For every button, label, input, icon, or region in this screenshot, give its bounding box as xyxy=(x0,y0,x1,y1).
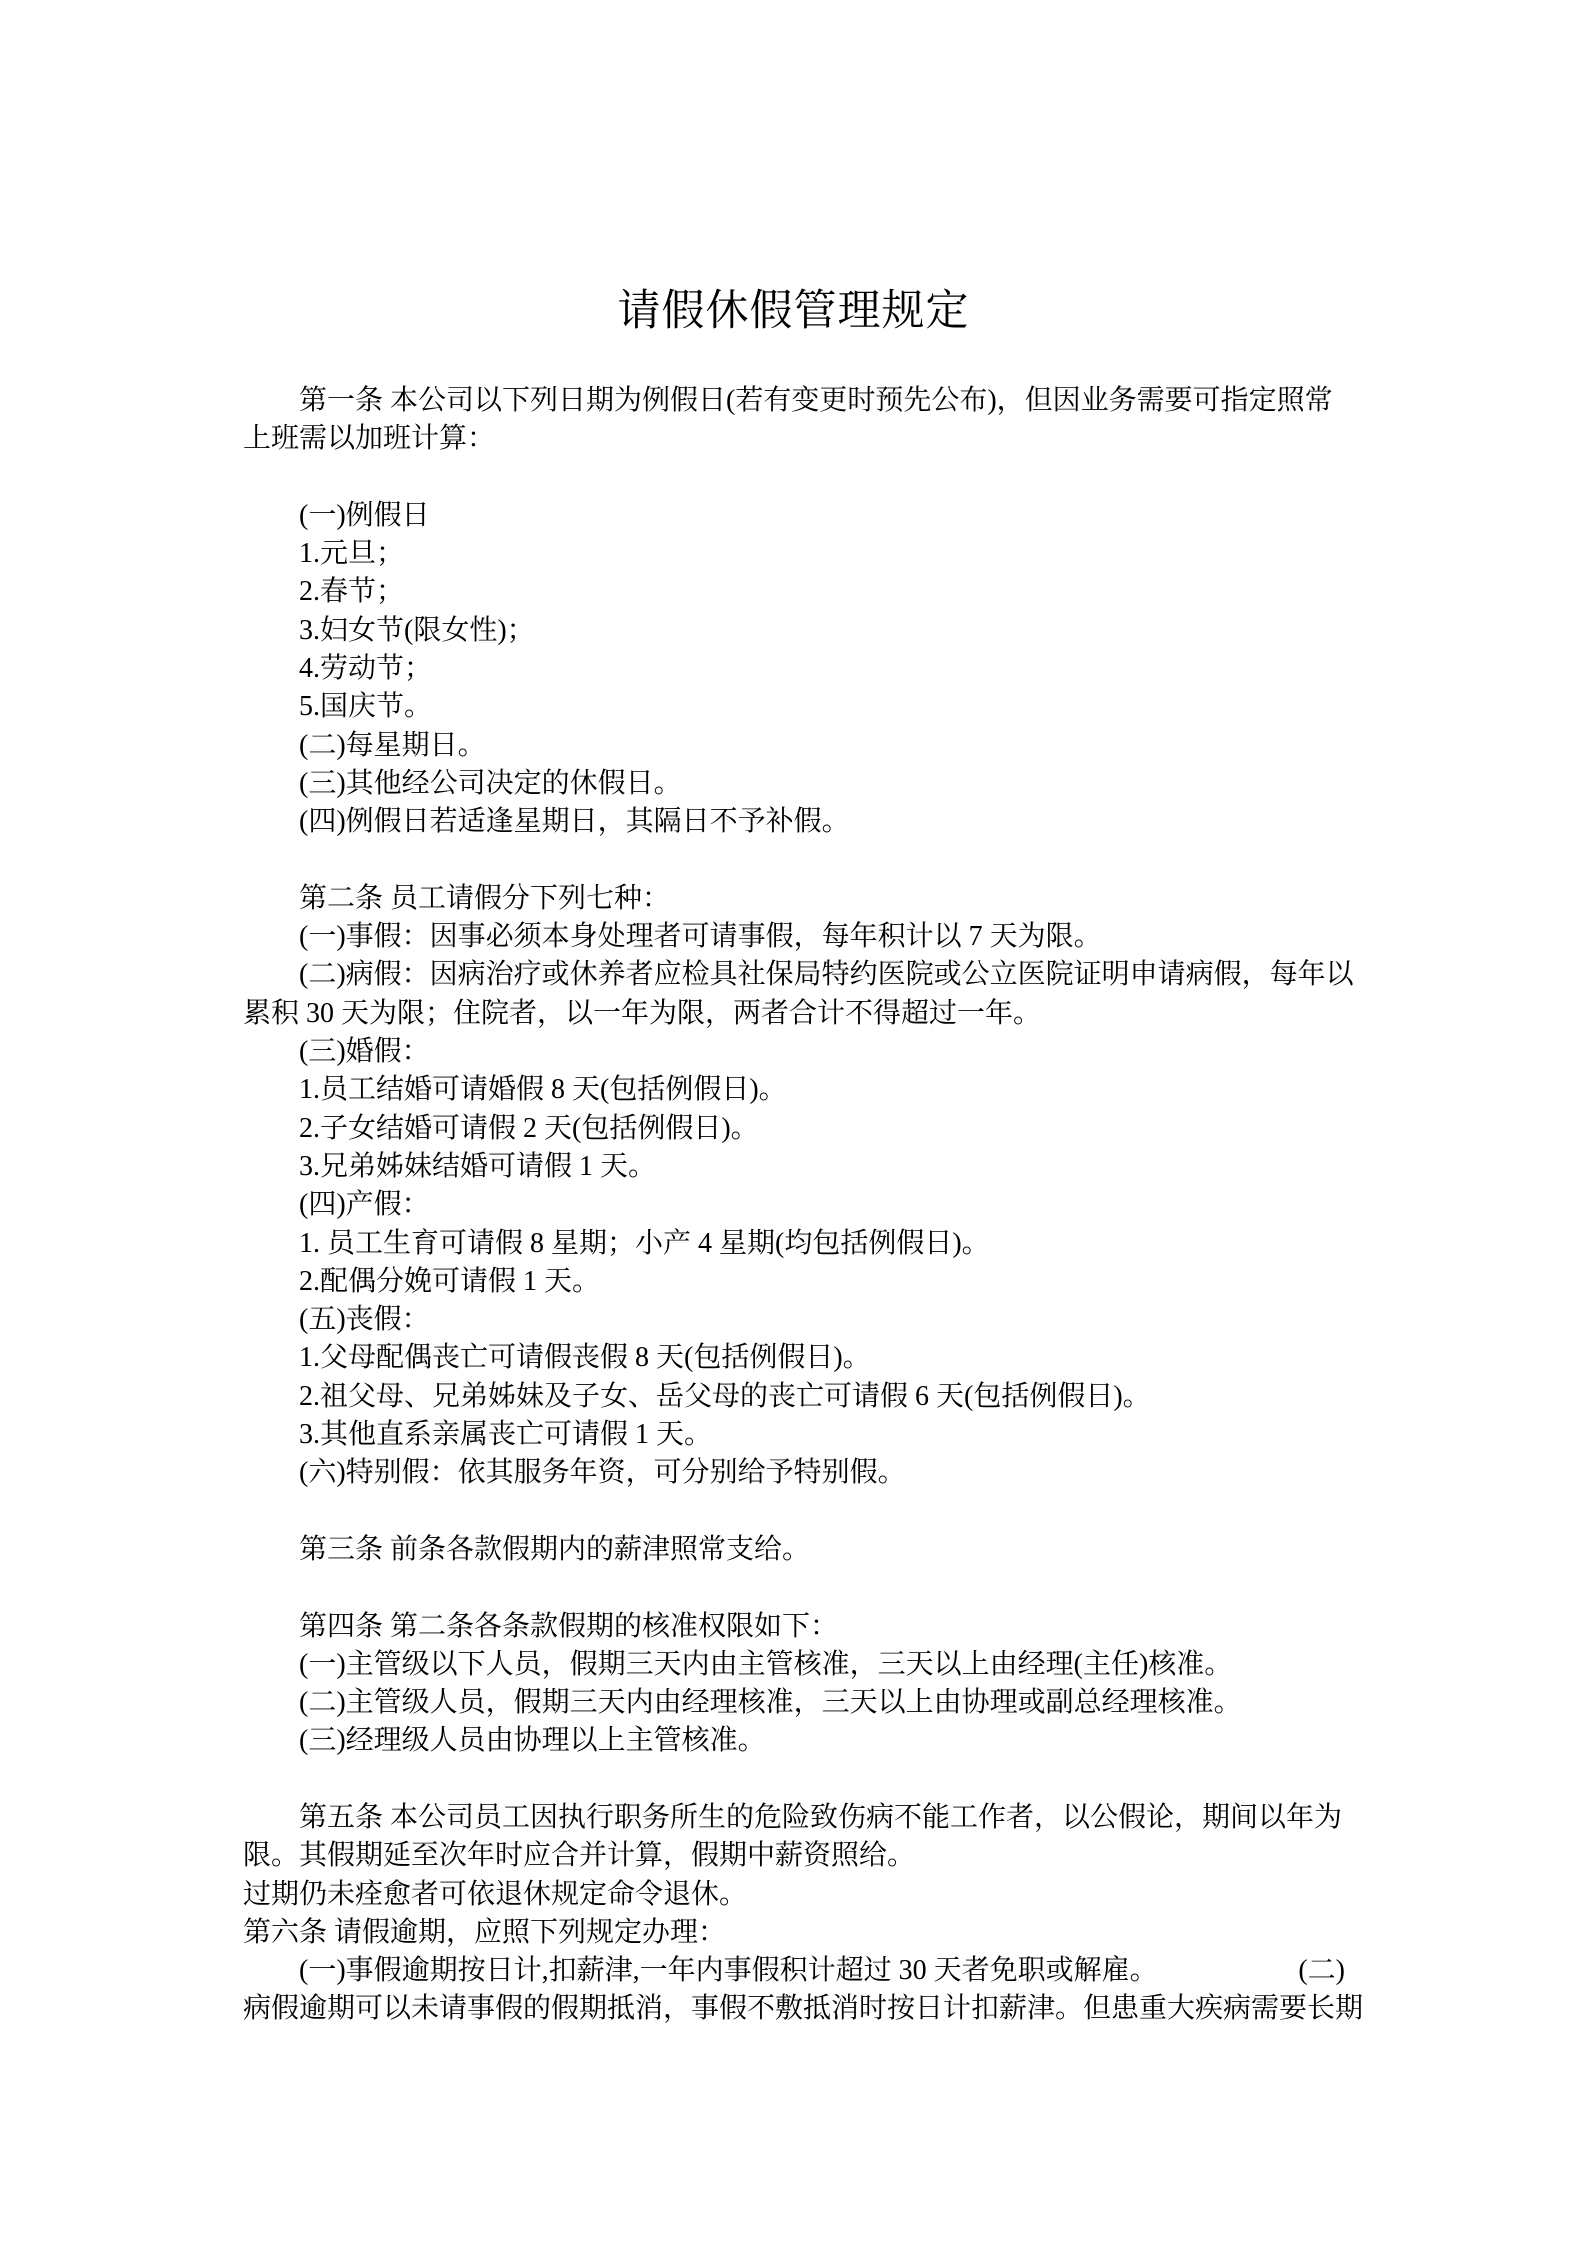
text-line: 第三条 前条各款假期内的薪津照常支给。 xyxy=(243,1531,1363,1569)
line-text: (二)病假：因病治疗或休养者应检具社保局特约医院或公立医院证明申请病假，每年以 xyxy=(299,959,1354,990)
line-text: 第一条 本公司以下列日期为例假日(若有变更时预先公布)，但因业务需要可指定照常 xyxy=(299,385,1333,416)
line-text: 3.妇女节(限女性)； xyxy=(299,615,535,646)
line-text: (一)主管级以下人员，假期三天内由主管核准，三天以上由经理(主任)核准。 xyxy=(299,1649,1232,1680)
text-line: 2.祖父母、兄弟姊妹及子女、岳父母的丧亡可请假 6 天(包括例假日)。 xyxy=(243,1378,1363,1416)
text-line: (六)特别假：依其服务年资，可分别给予特别假。 xyxy=(243,1454,1363,1492)
text-line: 1.父母配偶丧亡可请假丧假 8 天(包括例假日)。 xyxy=(243,1339,1363,1377)
text-line: (一)主管级以下人员，假期三天内由主管核准，三天以上由经理(主任)核准。 xyxy=(243,1646,1363,1684)
text-line: 3.兄弟姊妹结婚可请假 1 天。 xyxy=(243,1148,1363,1186)
text-line: 2.春节； xyxy=(243,573,1363,611)
line-text: 第二条 员工请假分下列七种： xyxy=(299,883,670,914)
blank-line xyxy=(243,1569,1363,1607)
line-text: 2.配偶分娩可请假 1 天。 xyxy=(299,1266,600,1297)
text-line: 1. 员工生育可请假 8 星期；小产 4 星期(均包括例假日)。 xyxy=(243,1225,1363,1263)
blank-line xyxy=(243,1493,1363,1531)
line-text: (三)经理级人员由协理以上主管核准。 xyxy=(299,1725,766,1756)
line-text: (一)例假日 xyxy=(299,500,430,531)
line-text: 5.国庆节。 xyxy=(299,691,432,722)
line-text: 过期仍未痊愈者可依退休规定命令退休。 xyxy=(243,1879,747,1910)
text-line: (一)事假：因事必须本身处理者可请事假，每年积计以 7 天为限。 xyxy=(243,918,1363,956)
line-text: 病假逾期可以未请事假的假期抵消，事假不敷抵消时按日计扣薪津。但患重大疾病需要长期 xyxy=(243,1993,1363,2024)
text-line: 第五条 本公司员工因执行职务所生的危险致伤病不能工作者，以公假论，期间以年为 xyxy=(243,1799,1363,1837)
text-line: 限。其假期延至次年时应合并计算，假期中薪资照给。 xyxy=(243,1837,1363,1875)
line-text: 第六条 请假逾期，应照下列规定办理： xyxy=(243,1917,726,1948)
text-line: (二)每星期日。 xyxy=(243,727,1363,765)
line-text: (二)每星期日。 xyxy=(299,730,486,761)
line-text: 2.春节； xyxy=(299,576,404,607)
text-line: 上班需以加班计算： xyxy=(243,420,1363,458)
line-text: (六)特别假：依其服务年资，可分别给予特别假。 xyxy=(299,1457,906,1488)
line-text: (四)例假日若适逢星期日，其隔日不予补假。 xyxy=(299,806,850,837)
line-text: 第四条 第二条各条款假期的核准权限如下： xyxy=(299,1611,838,1642)
text-line: 第二条 员工请假分下列七种： xyxy=(243,880,1363,918)
text-line: (三)婚假： xyxy=(243,1033,1363,1071)
document-page: { "page": { "background_color": "#ffffff… xyxy=(0,0,1587,2245)
line-text: (一)事假：因事必须本身处理者可请事假，每年积计以 7 天为限。 xyxy=(299,921,1102,952)
document-title: 请假休假管理规定 xyxy=(0,288,1587,335)
text-line: (一)事假逾期按日计,扣薪津,一年内事假积计超过 30 天者免职或解雇。(二) xyxy=(243,1952,1363,1990)
line-text: 1.员工结婚可请婚假 8 天(包括例假日)。 xyxy=(299,1074,787,1105)
text-line: (一)例假日 xyxy=(243,497,1363,535)
text-line: 2.子女结婚可请假 2 天(包括例假日)。 xyxy=(243,1110,1363,1148)
line-text: (三)其他经公司决定的休假日。 xyxy=(299,768,682,799)
text-line: 累积 30 天为限；住院者，以一年为限，两者合计不得超过一年。 xyxy=(243,995,1363,1033)
document-body: 第一条 本公司以下列日期为例假日(若有变更时预先公布)，但因业务需要可指定照常上… xyxy=(243,382,1363,2029)
page-background: 请假休假管理规定 第一条 本公司以下列日期为例假日(若有变更时预先公布)，但因业… xyxy=(0,0,1587,2245)
line-text: 限。其假期延至次年时应合并计算，假期中薪资照给。 xyxy=(243,1840,915,1871)
text-line: 4.劳动节； xyxy=(243,650,1363,688)
text-line: (二)病假：因病治疗或休养者应检具社保局特约医院或公立医院证明申请病假，每年以 xyxy=(243,956,1363,994)
text-line: 1.员工结婚可请婚假 8 天(包括例假日)。 xyxy=(243,1071,1363,1109)
text-line: (五)丧假： xyxy=(243,1301,1363,1339)
blank-line xyxy=(243,1761,1363,1799)
text-line: 第一条 本公司以下列日期为例假日(若有变更时预先公布)，但因业务需要可指定照常 xyxy=(243,382,1363,420)
line-tail: (二) xyxy=(1298,1952,1345,1990)
text-line: 过期仍未痊愈者可依退休规定命令退休。 xyxy=(243,1876,1363,1914)
line-text: 第三条 前条各款假期内的薪津照常支给。 xyxy=(299,1534,810,1565)
line-text: 1.父母配偶丧亡可请假丧假 8 天(包括例假日)。 xyxy=(299,1342,871,1373)
text-line: (二)主管级人员，假期三天内由经理核准，三天以上由协理或副总经理核准。 xyxy=(243,1684,1363,1722)
line-text: 3.其他直系亲属丧亡可请假 1 天。 xyxy=(299,1419,712,1450)
line-text: 3.兄弟姊妹结婚可请假 1 天。 xyxy=(299,1151,656,1182)
text-line: (四)例假日若适逢星期日，其隔日不予补假。 xyxy=(243,803,1363,841)
line-text: (一)事假逾期按日计,扣薪津,一年内事假积计超过 30 天者免职或解雇。 xyxy=(299,1952,1158,1990)
line-text: 4.劳动节； xyxy=(299,653,432,684)
line-text: 2.祖父母、兄弟姊妹及子女、岳父母的丧亡可请假 6 天(包括例假日)。 xyxy=(299,1381,1151,1412)
line-text: (二)主管级人员，假期三天内由经理核准，三天以上由协理或副总经理核准。 xyxy=(299,1687,1242,1718)
text-line: 3.妇女节(限女性)； xyxy=(243,612,1363,650)
text-line: 1.元旦； xyxy=(243,535,1363,573)
text-line: 3.其他直系亲属丧亡可请假 1 天。 xyxy=(243,1416,1363,1454)
line-text: 累积 30 天为限；住院者，以一年为限，两者合计不得超过一年。 xyxy=(243,998,1041,1029)
line-text: 2.子女结婚可请假 2 天(包括例假日)。 xyxy=(299,1113,759,1144)
text-line: 病假逾期可以未请事假的假期抵消，事假不敷抵消时按日计扣薪津。但患重大疾病需要长期 xyxy=(243,1990,1363,2028)
text-line: (四)产假： xyxy=(243,1186,1363,1224)
blank-line xyxy=(243,459,1363,497)
line-text: (五)丧假： xyxy=(299,1304,430,1335)
line-text: 1.元旦； xyxy=(299,538,404,569)
line-text: 上班需以加班计算： xyxy=(243,423,495,454)
line-text: (四)产假： xyxy=(299,1189,430,1220)
text-line: 5.国庆节。 xyxy=(243,688,1363,726)
text-line: (三)其他经公司决定的休假日。 xyxy=(243,765,1363,803)
line-text: 1. 员工生育可请假 8 星期；小产 4 星期(均包括例假日)。 xyxy=(299,1228,990,1259)
line-text: 第五条 本公司员工因执行职务所生的危险致伤病不能工作者，以公假论，期间以年为 xyxy=(299,1802,1342,1833)
text-line: 2.配偶分娩可请假 1 天。 xyxy=(243,1263,1363,1301)
text-line: (三)经理级人员由协理以上主管核准。 xyxy=(243,1722,1363,1760)
text-line: 第四条 第二条各条款假期的核准权限如下： xyxy=(243,1608,1363,1646)
text-line: 第六条 请假逾期，应照下列规定办理： xyxy=(243,1914,1363,1952)
line-text: (三)婚假： xyxy=(299,1036,430,1067)
blank-line xyxy=(243,842,1363,880)
